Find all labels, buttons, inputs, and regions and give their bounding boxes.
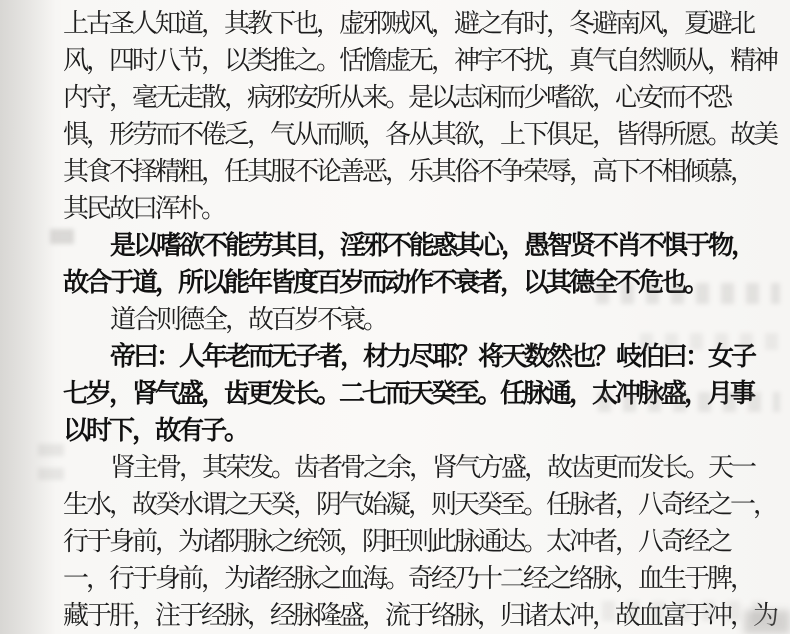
text-line-bold: 帝曰：人年老而无子者，材力尽耶？将天数然也？岐伯曰：女子 [63,338,763,375]
text-line-bold: 故合于道，所以能年皆度百岁而动作不衰者，以其德全不危也。 [63,264,763,301]
text-line-bold: 七岁，肾气盛，齿更发长。二七而天癸至。任脉通，太冲脉盛，月事 [63,375,763,412]
text-line-bold: 以时下，故有子。 [63,412,763,449]
text-line: 其食不择精粗，任其服不论善恶，乐其俗不争荣辱，高下不相倾慕， [63,153,763,190]
text-line: 内守，毫无走散，病邪安所从来。是以志闲而少嗜欲，心安而不恐 [63,79,763,116]
text-block: 上古圣人知道，其教下也，虚邪贼风，避之有时，冬避南风，夏避北 风，四时八节，以类… [63,5,763,634]
text-line: 其民故曰浑朴。 [63,190,763,227]
text-line: 风，四时八节，以类推之。恬憺虚无，神宇不扰，真气自然顺从，精神 [63,42,763,79]
text-line: 一，行于身前，为诸经脉之血海。奇经乃十二经之络脉，血生于脾， [63,560,763,597]
text-line-bold: 是以嗜欲不能劳其目，淫邪不能惑其心，愚智贤不肖不惧于物， [63,227,763,264]
text-line: 惧，形劳而不倦乏，气从而顺，各从其欲，上下俱足，皆得所愿。故美 [63,116,763,153]
page-gutter-shadow [0,0,55,634]
text-line: 生水，故癸水谓之天癸，阴气始凝，则天癸至。任脉者，八奇经之一， [63,486,763,523]
text-line: 道合则德全，故百岁不衰。 [63,301,763,338]
text-line: 上古圣人知道，其教下也，虚邪贼风，避之有时，冬避南风，夏避北 [63,5,763,42]
ink-bleedthrough-smudge [38,444,64,488]
text-line: 行于身前，为诸阴脉之统领，阴旺则此脉通达。太冲者，八奇经之 [63,523,763,560]
text-line: 肾主骨，其荣发。齿者骨之余，肾气方盛，故齿更而发长。天一 [63,449,763,486]
scanned-book-page: 上古圣人知道，其教下也，虚邪贼风，避之有时，冬避南风，夏避北 风，四时八节，以类… [0,0,790,634]
text-line: 藏于肝，注于经脉，经脉隆盛，流于络脉，归诸太冲，故血富于冲，为 [63,597,763,634]
